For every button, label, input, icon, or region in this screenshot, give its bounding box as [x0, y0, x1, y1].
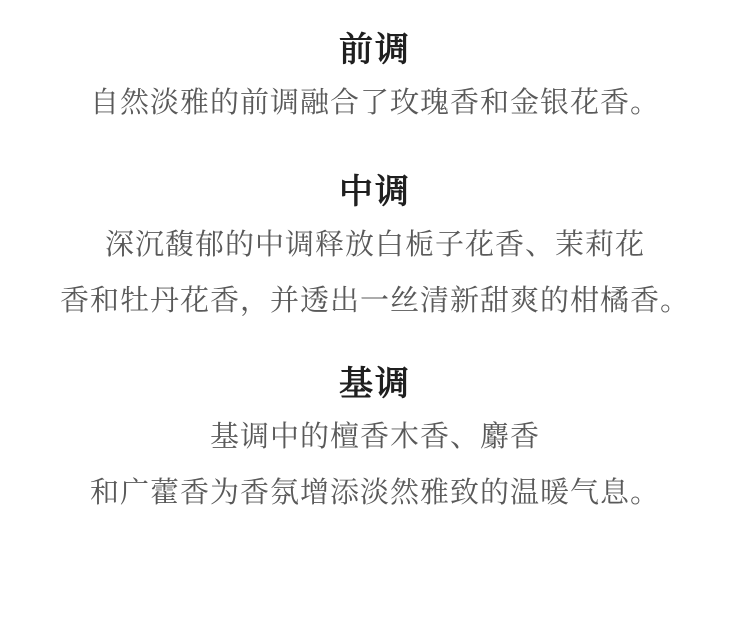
- middle-notes-section: 中调 深沉馥郁的中调释放白栀子花香、茉莉花 香和牡丹花香，并透出一丝清新甜爽的柑…: [0, 172, 750, 328]
- top-notes-section: 前调 自然淡雅的前调融合了玫瑰香和金银花香。: [0, 0, 750, 130]
- middle-notes-line-2: 香和牡丹花香，并透出一丝清新甜爽的柑橘香。: [0, 272, 750, 328]
- base-notes-line-1: 基调中的檀香木香、麝香: [0, 408, 750, 464]
- middle-notes-description: 深沉馥郁的中调释放白栀子花香、茉莉花 香和牡丹花香，并透出一丝清新甜爽的柑橘香。: [0, 216, 750, 328]
- base-notes-line-2: 和广藿香为香氛增添淡然雅致的温暖气息。: [0, 464, 750, 520]
- base-notes-section: 基调 基调中的檀香木香、麝香 和广藿香为香氛增添淡然雅致的温暖气息。: [0, 364, 750, 520]
- top-notes-heading: 前调: [0, 30, 750, 70]
- top-notes-description: 自然淡雅的前调融合了玫瑰香和金银花香。: [0, 74, 750, 130]
- fragrance-notes-document: 前调 自然淡雅的前调融合了玫瑰香和金银花香。 中调 深沉馥郁的中调释放白栀子花香…: [0, 0, 750, 620]
- middle-notes-heading: 中调: [0, 172, 750, 212]
- base-notes-description: 基调中的檀香木香、麝香 和广藿香为香氛增添淡然雅致的温暖气息。: [0, 408, 750, 520]
- middle-notes-line-1: 深沉馥郁的中调释放白栀子花香、茉莉花: [0, 216, 750, 272]
- top-notes-line-1: 自然淡雅的前调融合了玫瑰香和金银花香。: [0, 74, 750, 130]
- base-notes-heading: 基调: [0, 364, 750, 404]
